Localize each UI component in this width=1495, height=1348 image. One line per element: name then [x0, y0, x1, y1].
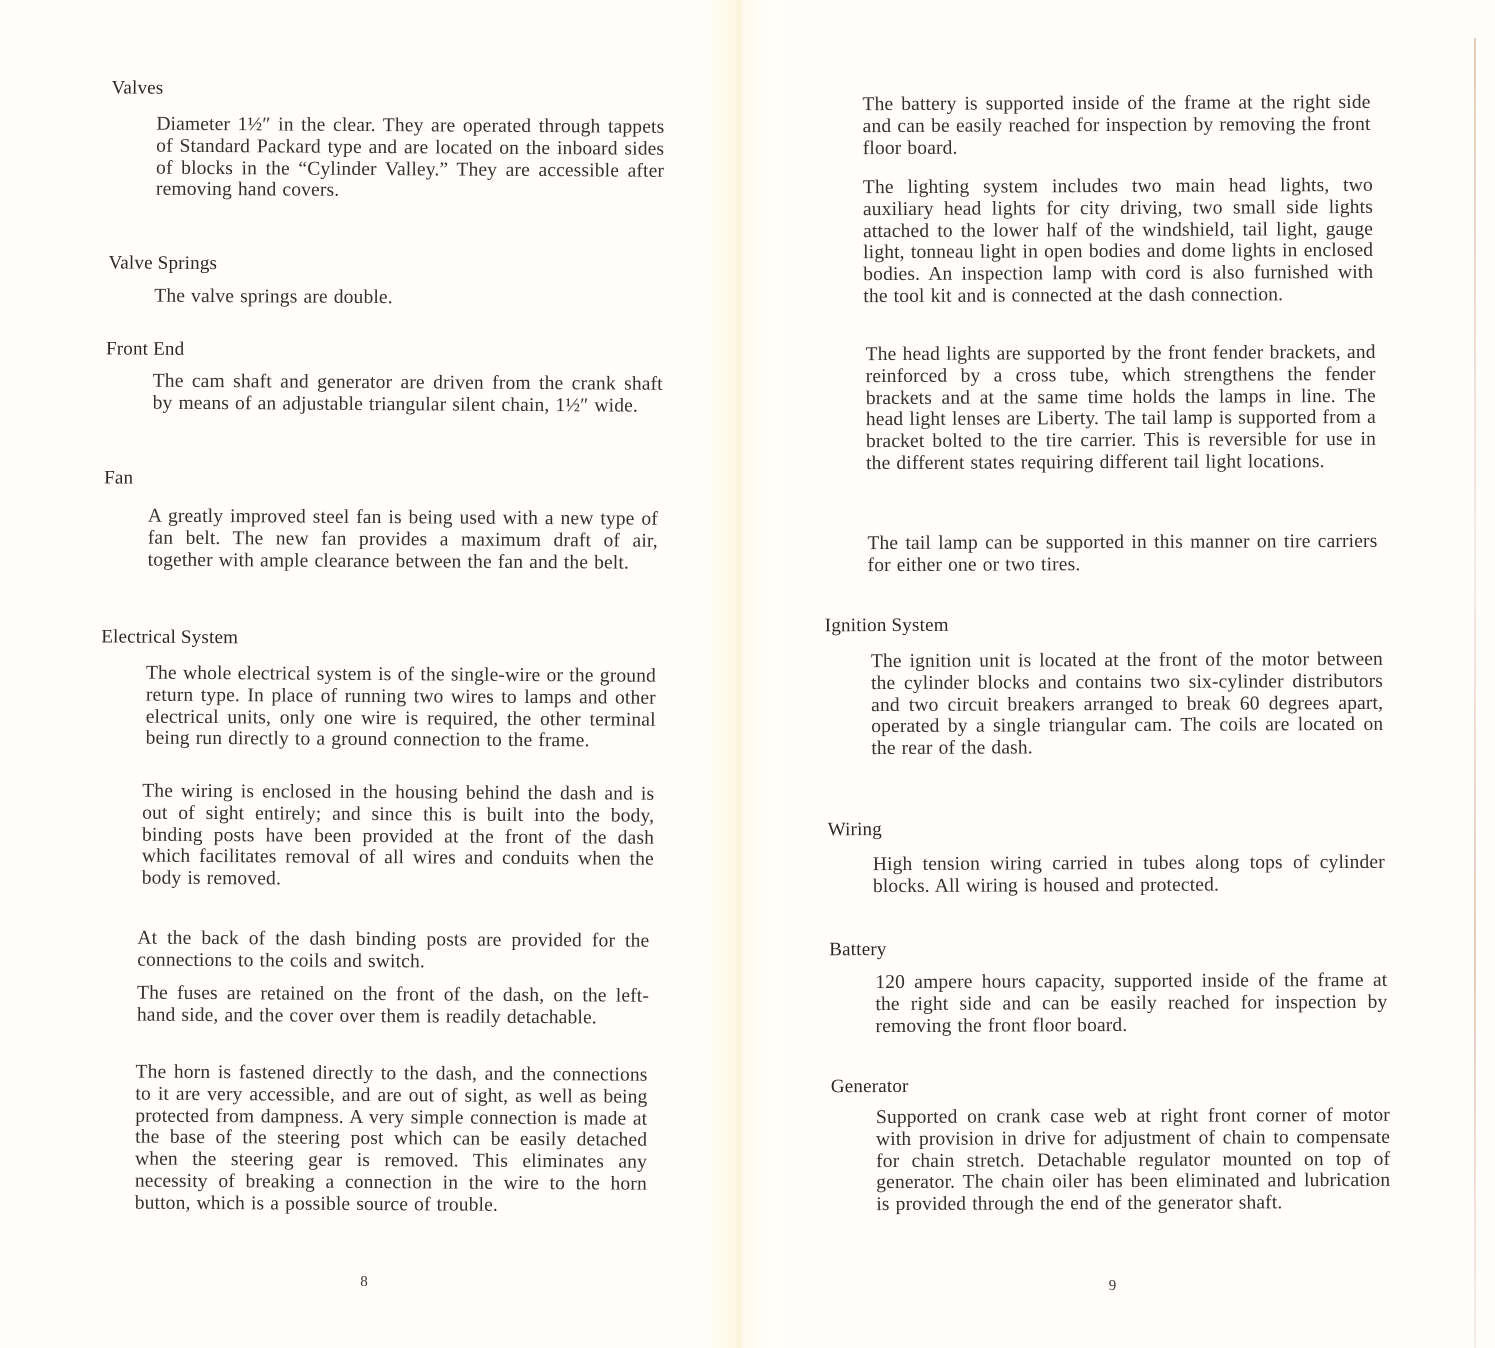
right-page: The battery is supported inside of the f… — [742, 0, 1495, 1348]
paragraph-battery-location: The battery is supported inside of the f… — [862, 92, 1370, 160]
paragraph-head-lights: The head lights are supported by the fro… — [866, 342, 1377, 475]
section-heading-wiring: Wiring — [828, 819, 882, 841]
paragraph-valve-springs: The valve springs are double. — [154, 286, 662, 311]
section-heading-fan: Fan — [104, 467, 133, 489]
paragraph-generator: Supported on crank case web at right fro… — [876, 1105, 1390, 1216]
section-heading-electrical-system: Electrical System — [101, 626, 238, 649]
paragraph-electrical-5: The horn is fastened directly to the das… — [135, 1062, 648, 1218]
section-heading-battery: Battery — [829, 939, 886, 961]
paragraph-electrical-3: At the back of the dash binding posts ar… — [137, 928, 649, 975]
paragraph-electrical-4: The fuses are retained on the front of t… — [137, 983, 649, 1030]
left-page: Valves Diameter 1½″ in the clear. They a… — [0, 0, 744, 1348]
paragraph-lighting-system: The lighting system includes two main he… — [863, 175, 1374, 308]
section-heading-valves: Valves — [112, 77, 164, 99]
section-heading-ignition-system: Ignition System — [825, 615, 949, 638]
paragraph-electrical-1: The whole electrical system is of the si… — [146, 663, 657, 753]
page-number-right: 9 — [1109, 1278, 1117, 1295]
paragraph-fan: A greatly improved steel fan is being us… — [148, 506, 658, 575]
paragraph-electrical-2: The wiring is enclosed in the housing be… — [142, 781, 655, 893]
paragraph-battery: 120 ampere hours capacity, supported ins… — [875, 970, 1387, 1038]
paragraph-ignition-system: The ignition unit is located at the fron… — [871, 649, 1383, 760]
paragraph-wiring: High tension wiring carried in tubes alo… — [873, 852, 1385, 898]
paragraph-front-end: The cam shaft and generator are driven f… — [153, 371, 663, 418]
section-heading-generator: Generator — [831, 1076, 909, 1098]
book-spread: Valves Diameter 1½″ in the clear. They a… — [0, 0, 1495, 1348]
section-heading-valve-springs: Valve Springs — [108, 252, 217, 275]
section-heading-front-end: Front End — [106, 338, 184, 360]
paragraph-valves: Diameter 1½″ in the clear. They are oper… — [156, 114, 665, 204]
page-number-left: 8 — [360, 1274, 368, 1291]
paragraph-tail-lamp: The tail lamp can be supported in this m… — [867, 531, 1377, 577]
